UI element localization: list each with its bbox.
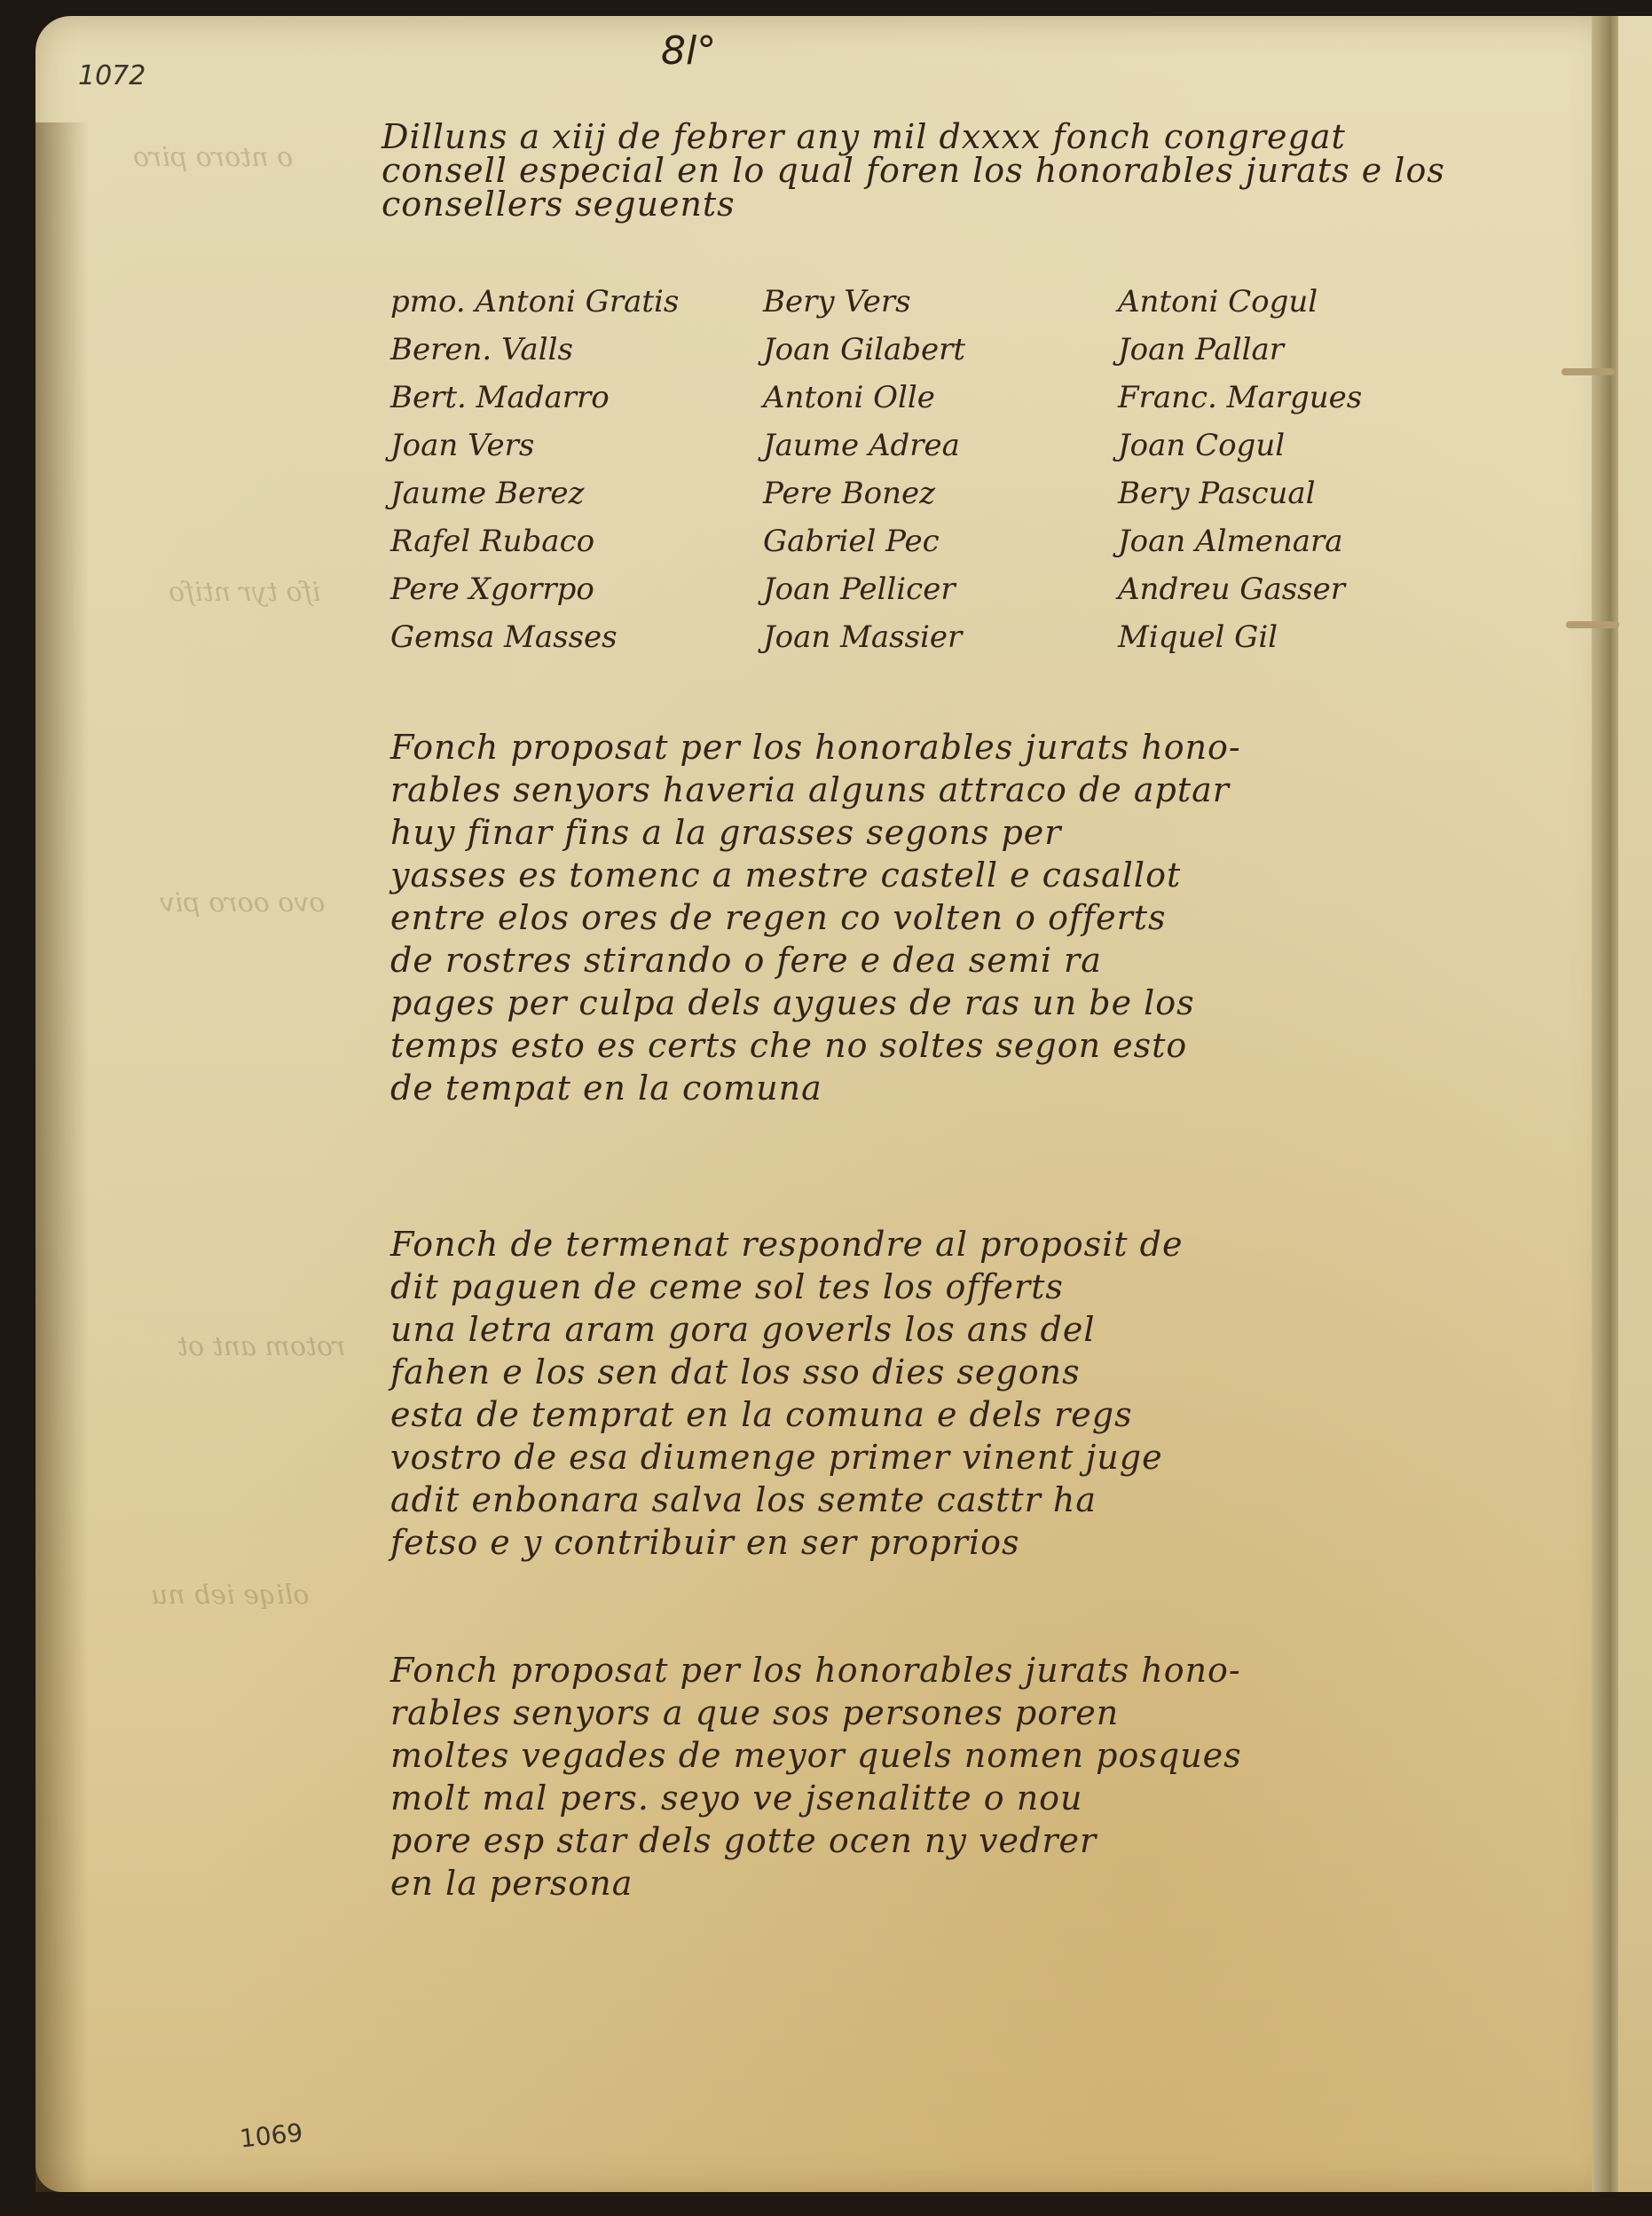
text-line: fahen e los sen dat los sso dies segons xyxy=(390,1351,1499,1393)
bleedthrough-text: ifo tyr ntifo xyxy=(169,577,320,608)
text-line: Fonch de termenat respondre al proposit … xyxy=(390,1223,1499,1266)
member-name: Bery Pascual xyxy=(1118,476,1491,513)
text-line: huy finar fins a la grasses segons per xyxy=(390,811,1499,854)
archive-number-top: 1072 xyxy=(78,60,146,91)
facing-page-edge xyxy=(1618,16,1652,2192)
member-name: Miquel Gil xyxy=(1118,619,1491,657)
text-line: temps esto es certs che no soltes segon … xyxy=(390,1024,1499,1067)
member-name: Antoni Olle xyxy=(763,380,1118,417)
member-name: Joan Vers xyxy=(390,428,763,465)
member-name: Antoni Cogul xyxy=(1118,284,1491,321)
bleedthrough-text: ovo ooro piv xyxy=(160,887,325,919)
text-line: esta de temprat en la comuna e dels regs xyxy=(390,1393,1499,1436)
member-name: Pere Bonez xyxy=(763,476,1118,513)
bleedthrough-text: rotom ant ot xyxy=(177,1331,345,1362)
member-name: Andreu Gasser xyxy=(1118,572,1491,609)
text-line: de tempat en la comuna xyxy=(390,1067,1499,1109)
member-name: Pere Xgorrpo xyxy=(390,572,763,609)
member-name: Jaume Adrea xyxy=(763,428,1118,465)
page-edge-stain xyxy=(35,122,89,2192)
text-line: adit enbonara salva los semte casttr ha xyxy=(390,1479,1499,1521)
text-line: Fonch proposat per los honorables jurats… xyxy=(390,726,1499,769)
heading-line: Dilluns a xiij de febrer any mil dxxxx f… xyxy=(382,120,1446,154)
member-name: Jaume Berez xyxy=(390,476,763,513)
text-line: dit paguen de ceme sol tes los offerts xyxy=(390,1266,1499,1308)
session-heading: Dilluns a xiij de febrer any mil dxxxx f… xyxy=(382,120,1446,221)
heading-line: consell especial en lo qual foren los ho… xyxy=(382,154,1446,187)
bleedthrough-text: oliqe ieb nu xyxy=(151,1580,309,1611)
text-line: entre elos ores de regen co volten o off… xyxy=(390,896,1499,939)
member-name: Joan Almenara xyxy=(1118,524,1491,561)
paragraph-resolution: Fonch de termenat respondre al proposit … xyxy=(390,1223,1499,1564)
heading-line: consellers seguents xyxy=(382,187,1446,221)
member-name: Joan Pallar xyxy=(1118,332,1491,369)
text-line: yasses es tomenc a mestre castell e casa… xyxy=(390,854,1499,896)
bleedthrough-text: o ntoro piro xyxy=(133,142,293,173)
text-line: vostro de esa diumenge primer vinent jug… xyxy=(390,1436,1499,1479)
member-name: Gemsa Masses xyxy=(390,619,763,657)
text-line: molt mal pers. seyo ve jsenalitte o nou xyxy=(390,1777,1499,1819)
text-line: una letra aram gora goverls los ans del xyxy=(390,1308,1499,1351)
member-name: Franc. Margues xyxy=(1118,380,1491,417)
member-name: Gabriel Pec xyxy=(763,524,1118,561)
member-name: Bert. Madarro xyxy=(390,380,763,417)
member-name: pmo. Antoni Gratis xyxy=(390,284,763,321)
member-name: Bery Vers xyxy=(763,284,1118,321)
text-line: rables senyors a que sos persones poren xyxy=(390,1692,1499,1734)
text-line: de rostres stirando o fere e dea semi ra xyxy=(390,939,1499,982)
binding-stitch xyxy=(1566,621,1619,628)
member-name: Joan Gilabert xyxy=(763,332,1118,369)
paragraph-proposal-1: Fonch proposat per los honorables jurats… xyxy=(390,726,1499,1109)
member-name: Joan Cogul xyxy=(1118,428,1491,465)
member-name: Joan Pellicer xyxy=(763,572,1118,609)
member-name: Joan Massier xyxy=(763,619,1118,657)
binding-stitch xyxy=(1562,368,1615,375)
member-name: Rafel Rubaco xyxy=(390,524,763,561)
paragraph-proposal-2: Fonch proposat per los honorables jurats… xyxy=(390,1649,1499,1904)
member-name: Beren. Valls xyxy=(390,332,763,369)
text-line: pore esp star dels gotte ocen ny vedrer xyxy=(390,1819,1499,1862)
council-members-list: pmo. Antoni Gratis Bery Vers Antoni Cogu… xyxy=(390,284,1499,657)
text-line: rables senyors haveria alguns attraco de… xyxy=(390,769,1499,811)
text-line: fetso e y contribuir en ser proprios xyxy=(390,1521,1499,1564)
text-line: moltes vegades de meyor quels nomen posq… xyxy=(390,1734,1499,1777)
text-line: Fonch proposat per los honorables jurats… xyxy=(390,1649,1499,1692)
binding-gutter xyxy=(1592,16,1618,2192)
text-line: pages per culpa dels aygues de ras un be… xyxy=(390,982,1499,1024)
folio-number: 8l° xyxy=(661,28,716,74)
text-line: en la persona xyxy=(390,1862,1499,1904)
